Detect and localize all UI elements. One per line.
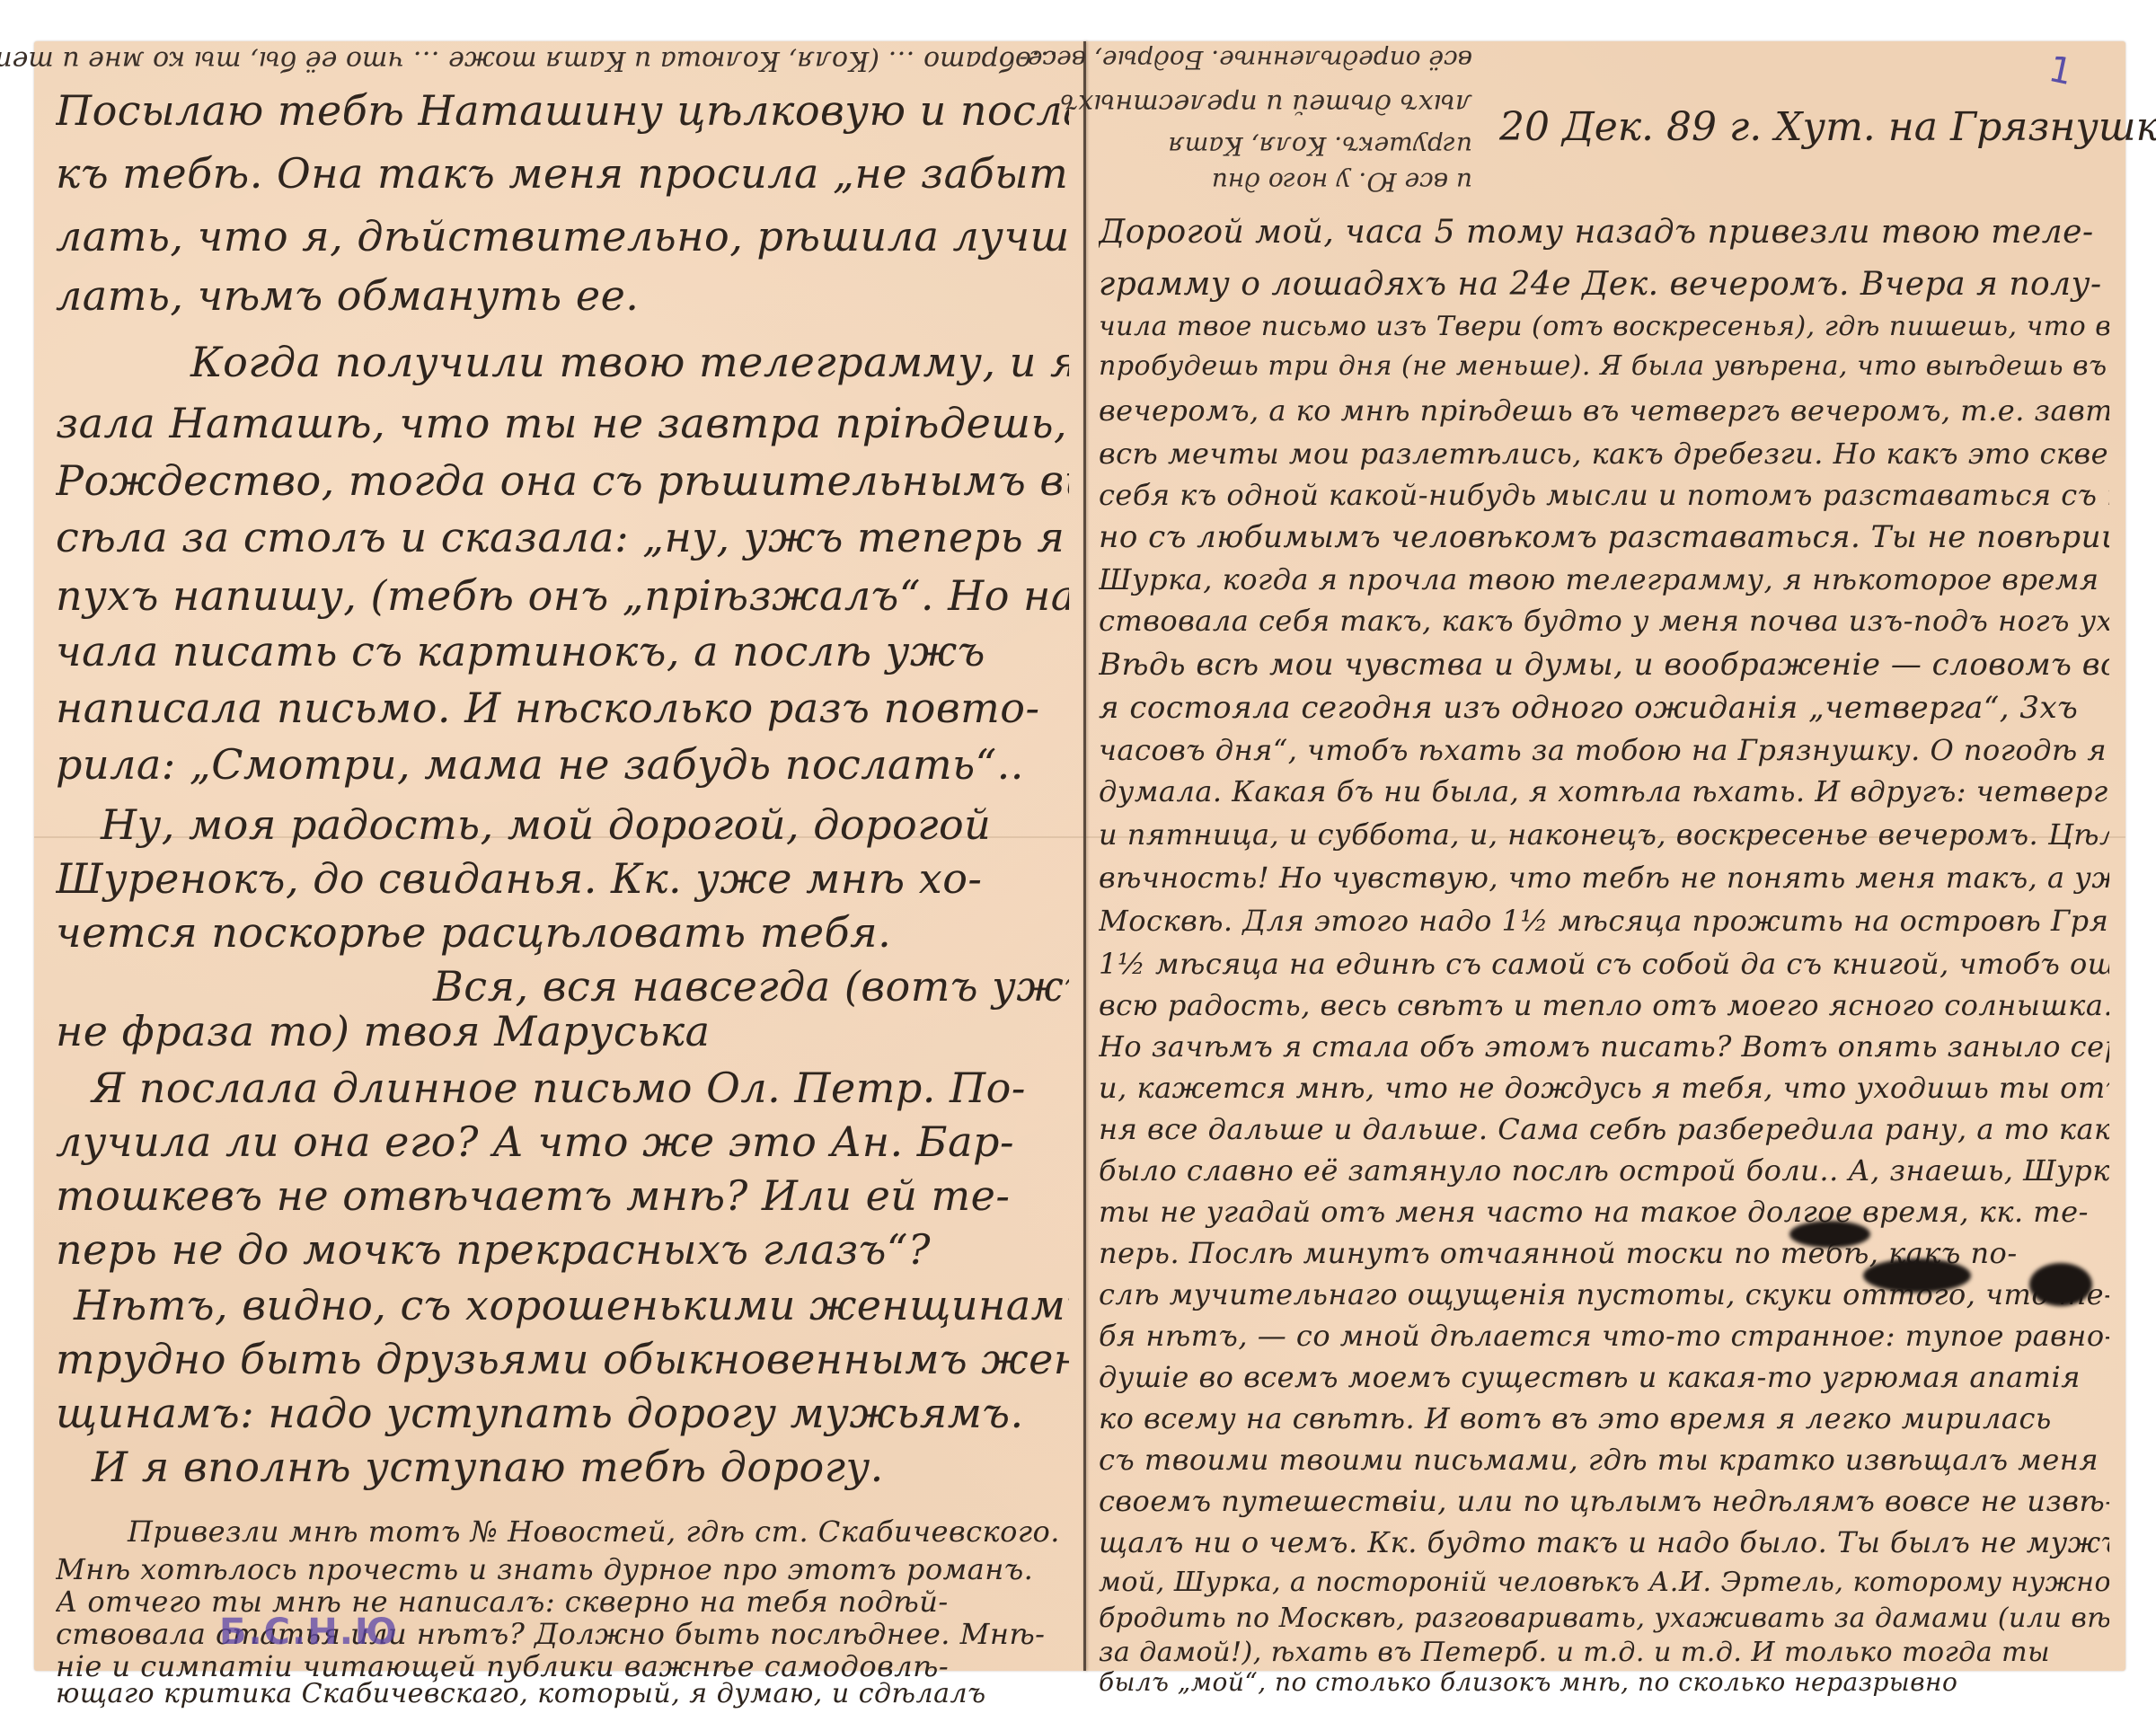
text-line: Но зачѣмъ я стала объ этомъ писать? Вотъ… xyxy=(1099,1029,2109,1064)
text-line: 1½ мѣсяца на единѣ съ самой съ собой да … xyxy=(1099,947,2109,981)
text-line: написала письмо. И нѣсколько разъ повто- xyxy=(56,684,1069,732)
text-line: перь не до мочкъ прекрасныхъ глазъ“? xyxy=(56,1225,1069,1274)
text-line: лучила ли она его? А что же это Ан. Бар- xyxy=(56,1117,1069,1166)
text-line: зала Наташѣ, что ты не завтра прiѣдешь, … xyxy=(56,399,1069,447)
inverted-margin-note: лыхъ дѣтей и прелестныхъ xyxy=(1095,88,1472,119)
text-line: Москвѣ. Для этого надо 1½ мѣсяца прожить… xyxy=(1099,904,2109,938)
text-line: щинамъ: надо уступать дорогу мужьямъ. xyxy=(56,1389,1069,1437)
text-line: часовъ дня“, чтобъ ѣхать за тобою на Гря… xyxy=(1099,733,2109,767)
text-line: Вся, вся навсегда (вотъ ужъ xyxy=(56,962,1069,1011)
text-line: за дамой!), ѣхать въ Петерб. и т.д. и т.… xyxy=(1099,1637,2109,1668)
text-line: щалъ ни о чемъ. Кк. будто такъ и надо бы… xyxy=(1099,1525,2109,1559)
letter-date-header: 20 Дек. 89 г. Хут. на Грязнушкѣ. xyxy=(1499,104,2156,150)
text-line: думала. Какая бъ ни была, я хотѣла ѣхать… xyxy=(1099,774,2109,808)
text-line: ющаго критика Скабичевскаго, который, я … xyxy=(56,1678,1069,1709)
text-line: ня все дальше и дальше. Сама себѣ разбер… xyxy=(1099,1112,2109,1146)
text-line: Шурка, когда я прочла твою телеграмму, я… xyxy=(1099,562,2109,596)
left-page: …обрато … (Коля, Колюша и Катя тоже … чт… xyxy=(34,41,1083,1671)
text-line: ствовала себя такъ, какъ будто у меня по… xyxy=(1099,604,2109,638)
letter-sheet: …обрато … (Коля, Колюша и Катя тоже … чт… xyxy=(34,41,2125,1671)
text-line: бродить по Москвѣ, разговаривать, ухажив… xyxy=(1099,1603,2109,1634)
text-line: трудно быть друзьями обыкновеннымъ жен- xyxy=(56,1335,1069,1383)
text-line: и пятница, и суббота, и, наконецъ, воскр… xyxy=(1099,817,2109,852)
text-line: ты не угадай отъ меня часто на такое дол… xyxy=(1099,1195,2109,1229)
ink-blot xyxy=(2029,1263,2092,1306)
text-line: всѣ мечты мои разлетѣлись, какъ дребезги… xyxy=(1099,437,2109,471)
text-line: Посылаю тебѣ Наташину цѣлковую и посланi… xyxy=(56,86,1069,135)
text-line: чила твое письмо изъ Твери (отъ воскресе… xyxy=(1099,311,2109,342)
right-page: 1 всё опредѣленнѣе. Бодрые, весе- лыхъ д… xyxy=(1086,41,2125,1671)
text-line: Когда получили твою телеграмму, и я ска- xyxy=(56,338,1069,386)
text-line: ко всему на свѣтѣ. И вотъ въ это время я… xyxy=(1099,1401,2109,1435)
text-line: было славно её затянуло послѣ острой бол… xyxy=(1099,1153,2109,1188)
text-line: ствовала статья или нѣтъ? Должно быть по… xyxy=(56,1617,1069,1651)
text-line: Ну, моя радость, мой дорогой, дорогой xyxy=(56,800,1069,849)
text-line: бя нѣтъ, — со мной дѣлается что-то стран… xyxy=(1099,1319,2109,1353)
text-line: Дорогой мой, часа 5 тому назадъ привезли… xyxy=(1099,214,2109,251)
text-line: чется поскорѣе расцѣловать тебя. xyxy=(56,908,1069,957)
text-line: и, кажется мнѣ, что не дождусь я тебя, ч… xyxy=(1099,1071,2109,1105)
text-line: лать, что я, дѣйствительно, рѣшила лучше… xyxy=(56,212,1069,260)
page-number-mark: 1 xyxy=(2045,49,2075,93)
text-line: сѣла за столъ и сказала: „ну, ужъ теперь… xyxy=(56,513,1069,561)
text-line: Нѣтъ, видно, съ хорошенькими женщинами xyxy=(56,1281,1069,1329)
ink-blot xyxy=(1789,1221,1870,1248)
text-line: но съ любимымъ человѣкомъ разставаться. … xyxy=(1099,519,2109,555)
text-line: былъ „мой“, по столько близокъ мнѣ, по с… xyxy=(1099,1667,2109,1697)
text-line: душiе во всемъ моемъ существѣ и какая-то… xyxy=(1099,1360,2109,1394)
text-line: рила: „Смотри, мама не забудь послать“.. xyxy=(56,740,1069,789)
inverted-margin-note: и все Ю. у ного дни xyxy=(1131,167,1472,197)
text-line: не фраза то) твоя Маруська xyxy=(56,1007,1069,1055)
text-line: мой, Шурка, а посторонiй человѣкъ А.И. Э… xyxy=(1099,1567,2109,1598)
text-line: Рождество, тогда она съ рѣшительнымъ вид… xyxy=(56,456,1069,505)
inverted-margin-note: игрушекъ. Коля, Катя xyxy=(1095,131,1472,161)
text-line: я состояла сегодня изъ одного ожиданiя „… xyxy=(1099,690,2109,726)
text-line: своемъ путешествiи, или по цѣлымъ недѣля… xyxy=(1099,1484,2109,1518)
text-line: тошкевъ не отвѣчаетъ мнѣ? Или ей те- xyxy=(56,1171,1069,1220)
text-line: пробудешь три дня (не меньше). Я была ув… xyxy=(1099,350,2109,382)
text-line: всю радость, весь свѣтъ и тепло отъ моег… xyxy=(1099,988,2109,1022)
text-line: Я послала длинное письмо Ол. Петр. По- xyxy=(56,1064,1069,1112)
text-line: И я вполнѣ уступаю тебѣ дорогу. xyxy=(56,1443,1069,1491)
text-line: Шуренокъ, до свиданья. Кк. уже мнѣ хо- xyxy=(56,854,1069,903)
text-line: вечеромъ, а ко мнѣ прiѣдешь въ четвергъ … xyxy=(1099,393,2109,428)
inverted-margin-note: всё опредѣленнѣе. Бодрые, весе- xyxy=(1095,45,1472,75)
text-line: лать, чѣмъ обмануть ее. xyxy=(56,271,1069,320)
text-line: Мнѣ хотѣлось прочесть и знать дурное про… xyxy=(56,1552,1069,1586)
text-line: вѣчность! Но чувствую, что тебѣ не понят… xyxy=(1099,861,2109,895)
text-line: Вѣдь всѣ мои чувства и думы, и воображен… xyxy=(1099,647,2109,683)
text-line: грамму о лошадяхъ на 24е Дек. вечеромъ. … xyxy=(1099,266,2109,303)
text-line: Привезли мнѣ тотъ № Новостей, гдѣ ст. Ск… xyxy=(56,1514,1069,1549)
text-line: А отчего ты мнѣ не написалъ: скверно на … xyxy=(56,1585,1069,1619)
text-line: съ твоими твоими письмами, гдѣ ты кратко… xyxy=(1099,1443,2109,1477)
inverted-margin-note: …обрато … (Коля, Колюша и Катя тоже … чт… xyxy=(88,45,1058,76)
text-line: чала писать съ картинокъ, а послѣ ужъ xyxy=(56,627,1069,675)
text-line: пухъ напишу, (тебѣ онъ „прiѣзжалъ“. Но н… xyxy=(56,571,1069,620)
ink-blot xyxy=(1863,1258,1971,1293)
archive-stamp: Б.С.Н.Ю xyxy=(219,1611,399,1653)
text-line: къ тебѣ. Она такъ меня просила „не забыт… xyxy=(56,149,1069,198)
text-line: себя къ одной какой-нибудь мысли и потом… xyxy=(1099,478,2109,512)
